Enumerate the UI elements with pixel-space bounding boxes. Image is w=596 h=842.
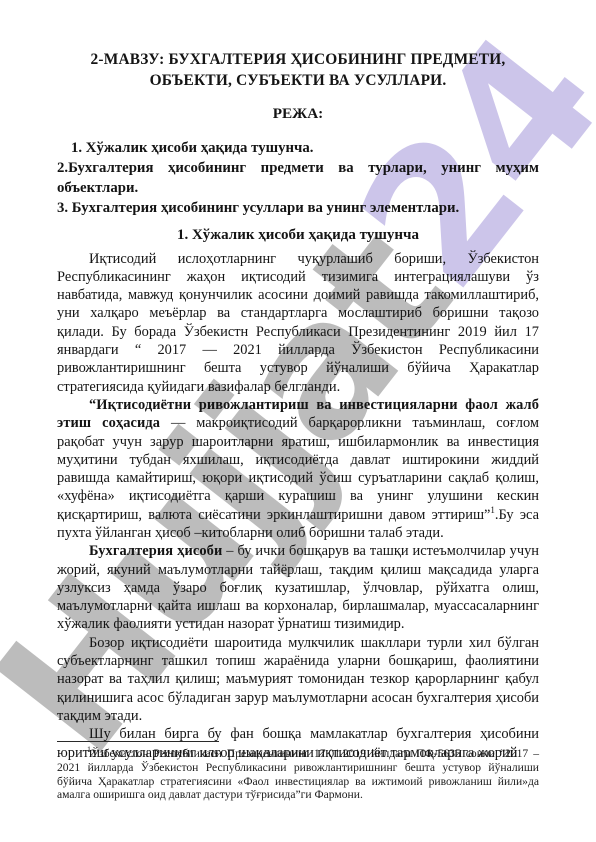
plan-item-1: 1. Хўжалик ҳисоби ҳақида тушунча. bbox=[57, 139, 539, 159]
footnote-text: 1Ўзбекистон Республикаси Президентининг … bbox=[57, 747, 539, 802]
paragraph-3: Бухгалтерия ҳисоби – бу ички бошқарув ва… bbox=[57, 542, 539, 633]
plan-heading: РЕЖА: bbox=[57, 105, 539, 123]
footnote-separator bbox=[57, 741, 219, 742]
paragraph-1: Иқтисодий ислоҳотларнинг чуқурлашиб бори… bbox=[57, 250, 539, 396]
paragraph-3-lead: Бухгалтерия ҳисоби bbox=[89, 543, 222, 559]
plan-item-3: 3. Бухгалтерия ҳисобининг усуллари ва ун… bbox=[57, 199, 539, 219]
document-content: 2-МАВЗУ: БУХГАЛТЕРИЯ ҲИСОБИНИНГ ПРЕДМЕТИ… bbox=[57, 50, 539, 762]
footnote-block: 1Ўзбекистон Республикаси Президентининг … bbox=[57, 741, 539, 802]
footnote-body: Ўзбекистон Республикаси Президентининг 1… bbox=[57, 747, 539, 801]
plan-list: 1. Хўжалик ҳисоби ҳақида тушунча. 2.Бухг… bbox=[57, 139, 539, 218]
document-page: Hujjat24 2-МАВЗУ: БУХГАЛТЕРИЯ ҲИСОБИНИНГ… bbox=[0, 0, 596, 842]
plan-item-2: 2.Бухгалтерия ҳисобининг предмети ва тур… bbox=[57, 159, 539, 199]
paragraph-4-text: Бозор иқтисодиёти шароитида мулкчилик ша… bbox=[57, 635, 539, 724]
paragraph-4: Бозор иқтисодиёти шароитида мулкчилик ша… bbox=[57, 634, 539, 725]
paragraph-1-text: Иқтисодий ислоҳотларнинг чуқурлашиб бори… bbox=[57, 251, 539, 395]
section-heading: 1. Хўжалик ҳисоби ҳақида тушунча bbox=[57, 227, 539, 244]
paragraph-2-body: — макроиқтисодий барқарорликни таъминлаш… bbox=[57, 415, 539, 522]
page-title: 2-МАВЗУ: БУХГАЛТЕРИЯ ҲИСОБИНИНГ ПРЕДМЕТИ… bbox=[57, 50, 539, 91]
paragraph-2: “Иқтисодиётни ривожлантириш ва инвестици… bbox=[57, 396, 539, 542]
